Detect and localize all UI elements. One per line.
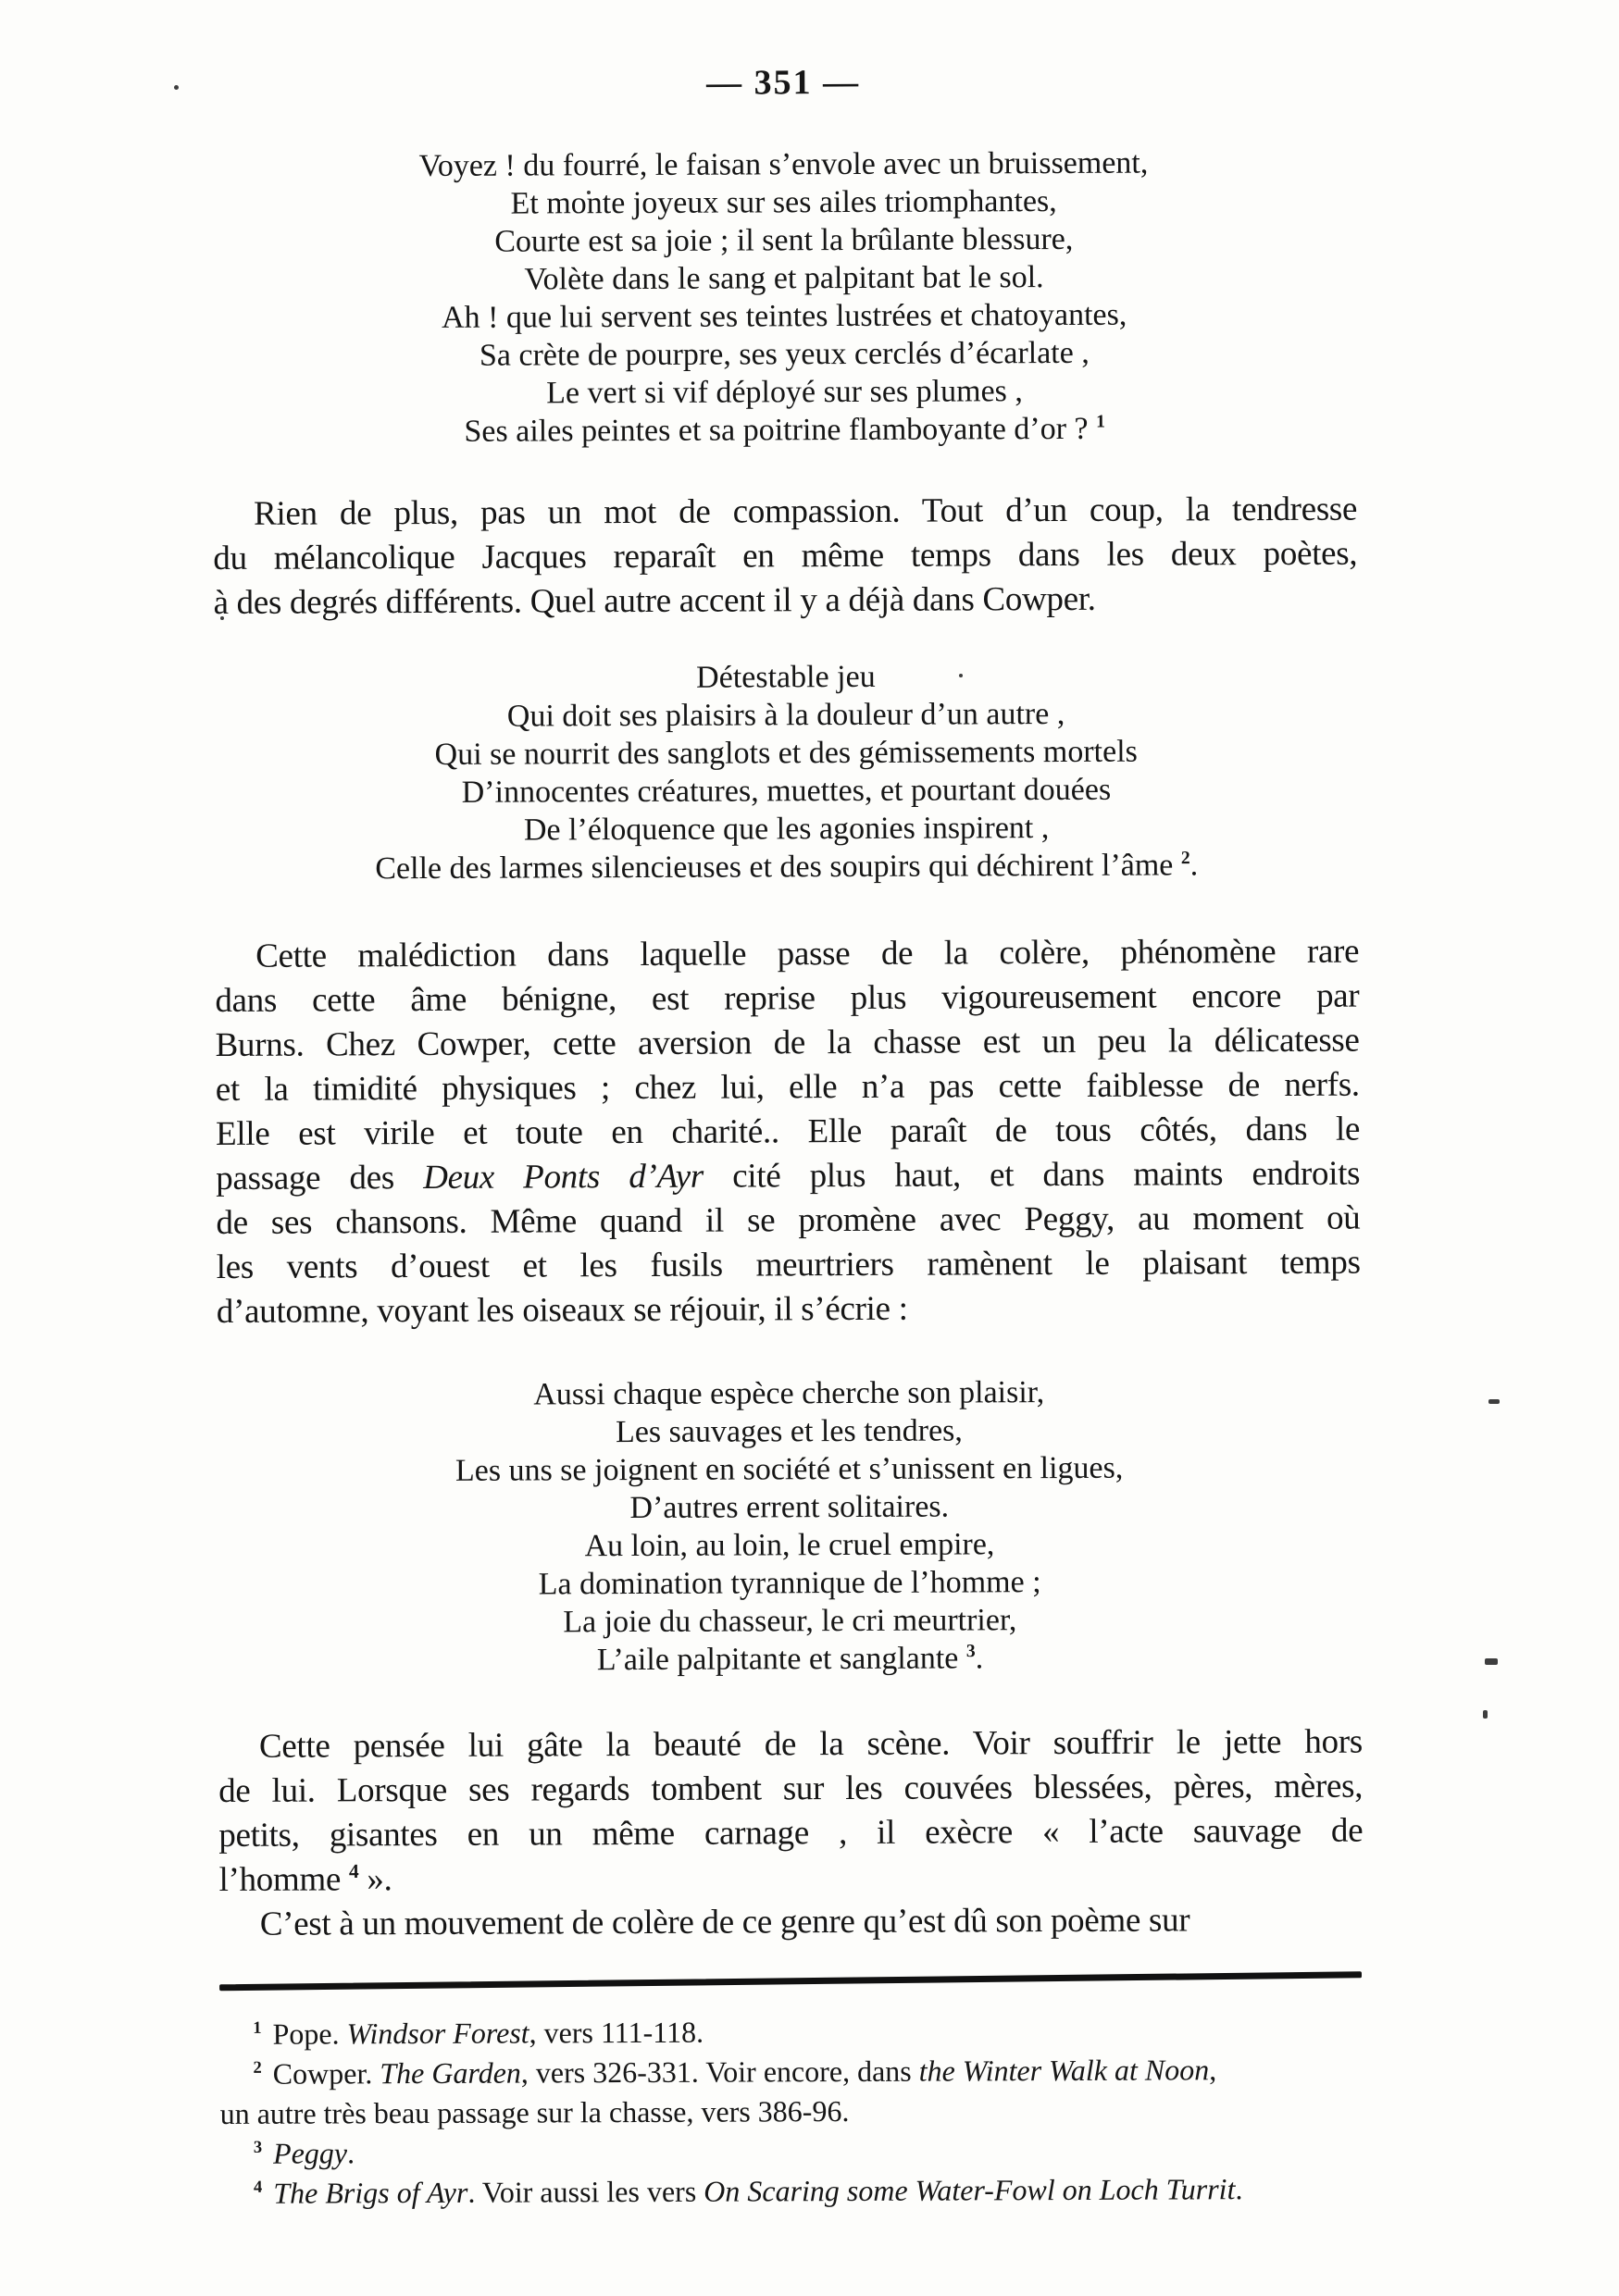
poem-line: Ses ailes peintes et sa poitrine flamboy… (213, 409, 1357, 452)
work-title: the Winter Walk at Noon (919, 2053, 1210, 2087)
footnote-2-continuation: un autre très beau passage sur la chasse… (220, 2090, 1364, 2134)
poem-line: Les sauvages et les tendres, (217, 1410, 1361, 1453)
poem-line: L’aile palpitante et sanglante 3. (218, 1638, 1362, 1681)
poem-line-text: Ses ailes peintes et sa poitrine flamboy… (464, 412, 1096, 449)
work-title: Deux Ponts d’Ayr (423, 1158, 704, 1197)
prose-text: passage des (216, 1159, 423, 1198)
footnote-text: , vers 326-331. Voir encore, dans (521, 2054, 919, 2090)
poem-line: D’autres errent solitaires. (218, 1486, 1362, 1529)
prose-line: Cette pensée lui gâte la beauté de la sc… (218, 1720, 1363, 1769)
poem-line: Aussi chaque espèce cherche son plaisir, (217, 1372, 1361, 1415)
prose-line: C’est à un mouvement de colère de ce gen… (219, 1898, 1364, 1947)
book-page: — 351 — Voyez ! du fourré, le faisan s’e… (0, 0, 1619, 2296)
page-number: — 351 — (211, 60, 1355, 105)
prose-text: l’homme (218, 1860, 349, 1899)
ink-speck (959, 674, 963, 677)
prose-line: Elle est virile et toute en charité.. El… (216, 1108, 1360, 1157)
work-title: Peggy (273, 2136, 347, 2169)
poem-line: Voyez ! du fourré, le faisan s’envole av… (211, 143, 1355, 186)
poem-line: La joie du chasseur, le cri meurtrier, (218, 1600, 1362, 1643)
footnote-text: . Voir aussi les vers (467, 2175, 704, 2209)
footnotes: 1Pope. Windsor Forest, vers 111-118. 2Co… (219, 2010, 1364, 2214)
ink-speck (587, 191, 591, 194)
footnote-text: Pope. (272, 2017, 346, 2050)
prose-line: de lui. Lorsque ses regards tombent sur … (218, 1765, 1363, 1814)
prose-line: Burns. Chez Cowper, cette aversion de la… (216, 1019, 1360, 1068)
poem-line: Au loin, au loin, le cruel empire, (218, 1524, 1362, 1567)
poem-line: Sa crète de pourpre, ses yeux cerclés d’… (212, 333, 1356, 376)
poem-line: Courte est sa joie ; il sent la brûlante… (212, 219, 1356, 262)
footnote-1: 1Pope. Windsor Forest, vers 111-118. (219, 2010, 1364, 2054)
poem-quote-2: Détestable jeu Qui doit ses plaisirs à l… (214, 656, 1359, 888)
footnote-2: 2Cowper. The Garden, vers 326-331. Voir … (219, 2050, 1364, 2094)
prose-line: du mélancolique Jacques reparaît en même… (213, 532, 1357, 581)
ink-speck (220, 616, 224, 620)
prose-line: à des degrés différents. Quel autre acce… (213, 577, 1357, 626)
poem-line: Celle des larmes silencieuses et des sou… (215, 846, 1359, 888)
prose-line: de ses chansons. Même quand il se promèn… (216, 1197, 1360, 1246)
poem-quote-3: Aussi chaque espèce cherche son plaisir,… (217, 1372, 1362, 1681)
prose-line: passage des Deux Ponts d’Ayr cité plus h… (216, 1152, 1360, 1201)
footnote-marker: 1 (253, 2018, 261, 2038)
footnote-reference: 2 (1181, 848, 1190, 868)
footnote-text: , (1209, 2053, 1216, 2086)
work-title: Windsor Forest (346, 2017, 529, 2051)
footnote-text: , vers 111-118. (529, 2016, 704, 2050)
prose-text: cité plus haut, et dans maints endroits (704, 1155, 1360, 1196)
poem-line: Et monte joyeux sur ses ailes triomphant… (212, 181, 1356, 224)
footnote-rule (219, 1971, 1362, 1991)
page-content: — 351 — Voyez ! du fourré, le faisan s’e… (211, 60, 1364, 2214)
ink-speck (1485, 1658, 1498, 1665)
poem-line: La domination tyrannique de l’homme ; (218, 1562, 1362, 1605)
ink-speck (174, 85, 179, 90)
poem-line: Détestable jeu (214, 656, 1358, 699)
footnote-text: . (347, 2136, 355, 2169)
poem-line: D’innocentes créatures, muettes, et pour… (214, 770, 1358, 813)
paragraph-1: Rien de plus, pas un mot de compassion. … (213, 488, 1358, 626)
paragraph-2: Cette malédiction dans laquelle passe de… (215, 930, 1361, 1334)
prose-line: et la timidité physiques ; chez lui, ell… (216, 1063, 1360, 1112)
prose-text: ». (358, 1860, 392, 1898)
footnote-marker: 2 (253, 2058, 261, 2078)
footnote-text: . (1235, 2172, 1242, 2205)
footnote-4: 4The Brigs of Ayr. Voir aussi les vers O… (220, 2169, 1364, 2214)
work-title: On Scaring some Water-Fowl on Loch Turri… (704, 2172, 1235, 2208)
prose-line: Cette malédiction dans laquelle passe de… (215, 930, 1359, 979)
paragraph-3: Cette pensée lui gâte la beauté de la sc… (218, 1720, 1364, 1903)
poem-line: De l’éloquence que les agonies inspirent… (215, 808, 1359, 850)
footnote-3: 3Peggy. (220, 2129, 1364, 2174)
poem-quote-1: Voyez ! du fourré, le faisan s’envole av… (211, 143, 1356, 452)
footnote-reference: 4 (349, 1860, 359, 1882)
prose-line: petits, gisantes en un même carnage , il… (218, 1809, 1363, 1858)
poem-line-text: . (976, 1641, 984, 1675)
paragraph-4: C’est à un mouvement de colère de ce gen… (219, 1898, 1364, 1947)
footnote-reference: 3 (966, 1641, 976, 1661)
ink-speck (1483, 1710, 1488, 1719)
prose-line: d’automne, voyant les oiseaux se réjouir… (217, 1285, 1361, 1334)
poem-line: Les uns se joignent en société et s’unis… (218, 1448, 1362, 1491)
poem-line-text: Celle des larmes silencieuses et des sou… (375, 848, 1181, 886)
poem-line: Qui doit ses plaisirs à la douleur d’un … (214, 694, 1358, 737)
poem-line-text: . (1190, 848, 1199, 882)
footnote-marker: 3 (254, 2138, 262, 2157)
poem-line: Volète dans le sang et palpitant bat le … (212, 257, 1356, 300)
poem-line: Ah ! que lui servent ses teintes lustrée… (212, 295, 1356, 338)
footnote-reference: 1 (1096, 411, 1105, 431)
footnote-marker: 4 (254, 2178, 262, 2197)
work-title: The Brigs of Ayr (273, 2176, 467, 2210)
prose-line: l’homme 4 ». (218, 1854, 1363, 1903)
poem-line: Le vert si vif déployé sur ses plumes , (212, 371, 1356, 414)
footnote-text: Cowper. (273, 2056, 380, 2091)
prose-line: Rien de plus, pas un mot de compassion. … (213, 488, 1357, 537)
poem-line-text: L’aile palpitante et sanglante (597, 1641, 966, 1677)
ink-speck (1488, 1399, 1500, 1404)
poem-line: Qui se nourrit des sanglots et des gémis… (214, 732, 1358, 775)
prose-line: dans cette âme bénigne, est reprise plus… (215, 974, 1359, 1024)
prose-line: les vents d’ouest et les fusils meurtrie… (217, 1241, 1361, 1290)
work-title: The Garden (380, 2056, 521, 2091)
